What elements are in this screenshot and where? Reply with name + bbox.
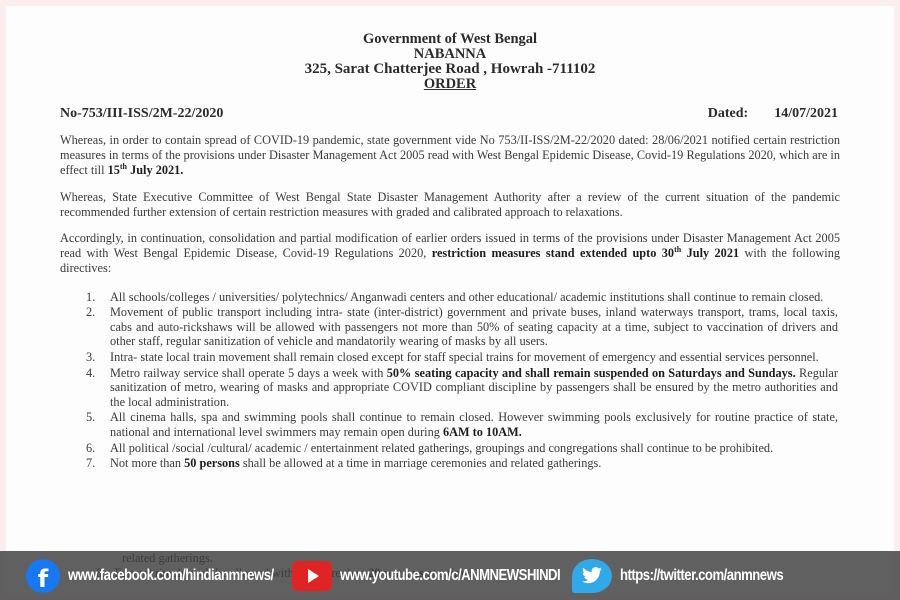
header-office: NABANNA xyxy=(60,47,840,62)
youtube-link[interactable]: www.youtube.com/c/ANMNEWSHINDI xyxy=(292,561,552,591)
directive-number: 7. xyxy=(86,456,95,471)
dated-value: 14/07/2021 xyxy=(774,106,838,122)
twitter-url[interactable]: https://twitter.com/anmnews xyxy=(620,567,783,585)
letterhead: Government of West Bengal NABANNA 325, S… xyxy=(60,32,840,92)
directive-item: 3.Intra- state local train movement shal… xyxy=(86,350,838,365)
directive-number: 2. xyxy=(86,305,95,320)
header-order-title: ORDER xyxy=(60,77,840,92)
twitter-link[interactable]: https://twitter.com/anmnews xyxy=(572,559,819,593)
directive-item: 5.All cinema halls, spa and swimming poo… xyxy=(86,410,838,439)
extension-statement: restriction measures stand extended upto… xyxy=(432,246,739,260)
facebook-icon: f xyxy=(26,559,60,593)
facebook-url[interactable]: www.facebook.com/hindianmnews/ xyxy=(68,567,232,585)
order-document: Government of West Bengal NABANNA 325, S… xyxy=(60,32,840,472)
paragraph-whereas-1: Whereas, in order to contain spread of C… xyxy=(60,133,840,179)
youtube-url[interactable]: www.youtube.com/c/ANMNEWSHINDI xyxy=(340,567,514,585)
paragraph-accordingly: Accordingly, in continuation, consolidat… xyxy=(60,231,840,277)
youtube-icon xyxy=(292,561,332,591)
paragraph-whereas-2: Whereas, State Executive Committee of We… xyxy=(60,190,840,220)
directives-list: 1.All schools/colleges / universities/ p… xyxy=(86,290,838,471)
header-address: 325, Sarat Chatterjee Road , Howrah -711… xyxy=(60,62,840,77)
order-date: Dated: 14/07/2021 xyxy=(708,106,838,122)
directive-number: 4. xyxy=(86,366,95,381)
directive-number: 1. xyxy=(86,290,95,305)
facebook-link[interactable]: f www.facebook.com/hindianmnews/ xyxy=(26,559,268,593)
order-number: No-753/III-ISS/2M-22/2020 xyxy=(60,106,223,122)
directive-item: 7.Not more than 50 persons shall be allo… xyxy=(86,456,838,471)
dated-label: Dated: xyxy=(708,106,748,122)
effective-date: 15th July 2021. xyxy=(108,163,184,177)
directive-number: 5. xyxy=(86,410,95,425)
document-page: Government of West Bengal NABANNA 325, S… xyxy=(0,0,900,600)
directive-number: 3. xyxy=(86,350,95,365)
twitter-icon xyxy=(572,559,612,593)
reference-line: No-753/III-ISS/2M-22/2020 Dated: 14/07/2… xyxy=(60,106,840,122)
directive-number: 6. xyxy=(86,441,95,456)
directive-item: 6.All political /social /cultural/ acade… xyxy=(86,441,838,456)
header-government: Government of West Bengal xyxy=(60,32,840,47)
directive-item: 4.Metro railway service shall operate 5 … xyxy=(86,366,838,410)
directive-item: 1.All schools/colleges / universities/ p… xyxy=(86,290,838,305)
social-footer-bar: related gatherings. 8. Funeral rituals s… xyxy=(0,551,900,600)
directive-item: 2.Movement of public transport including… xyxy=(86,305,838,349)
